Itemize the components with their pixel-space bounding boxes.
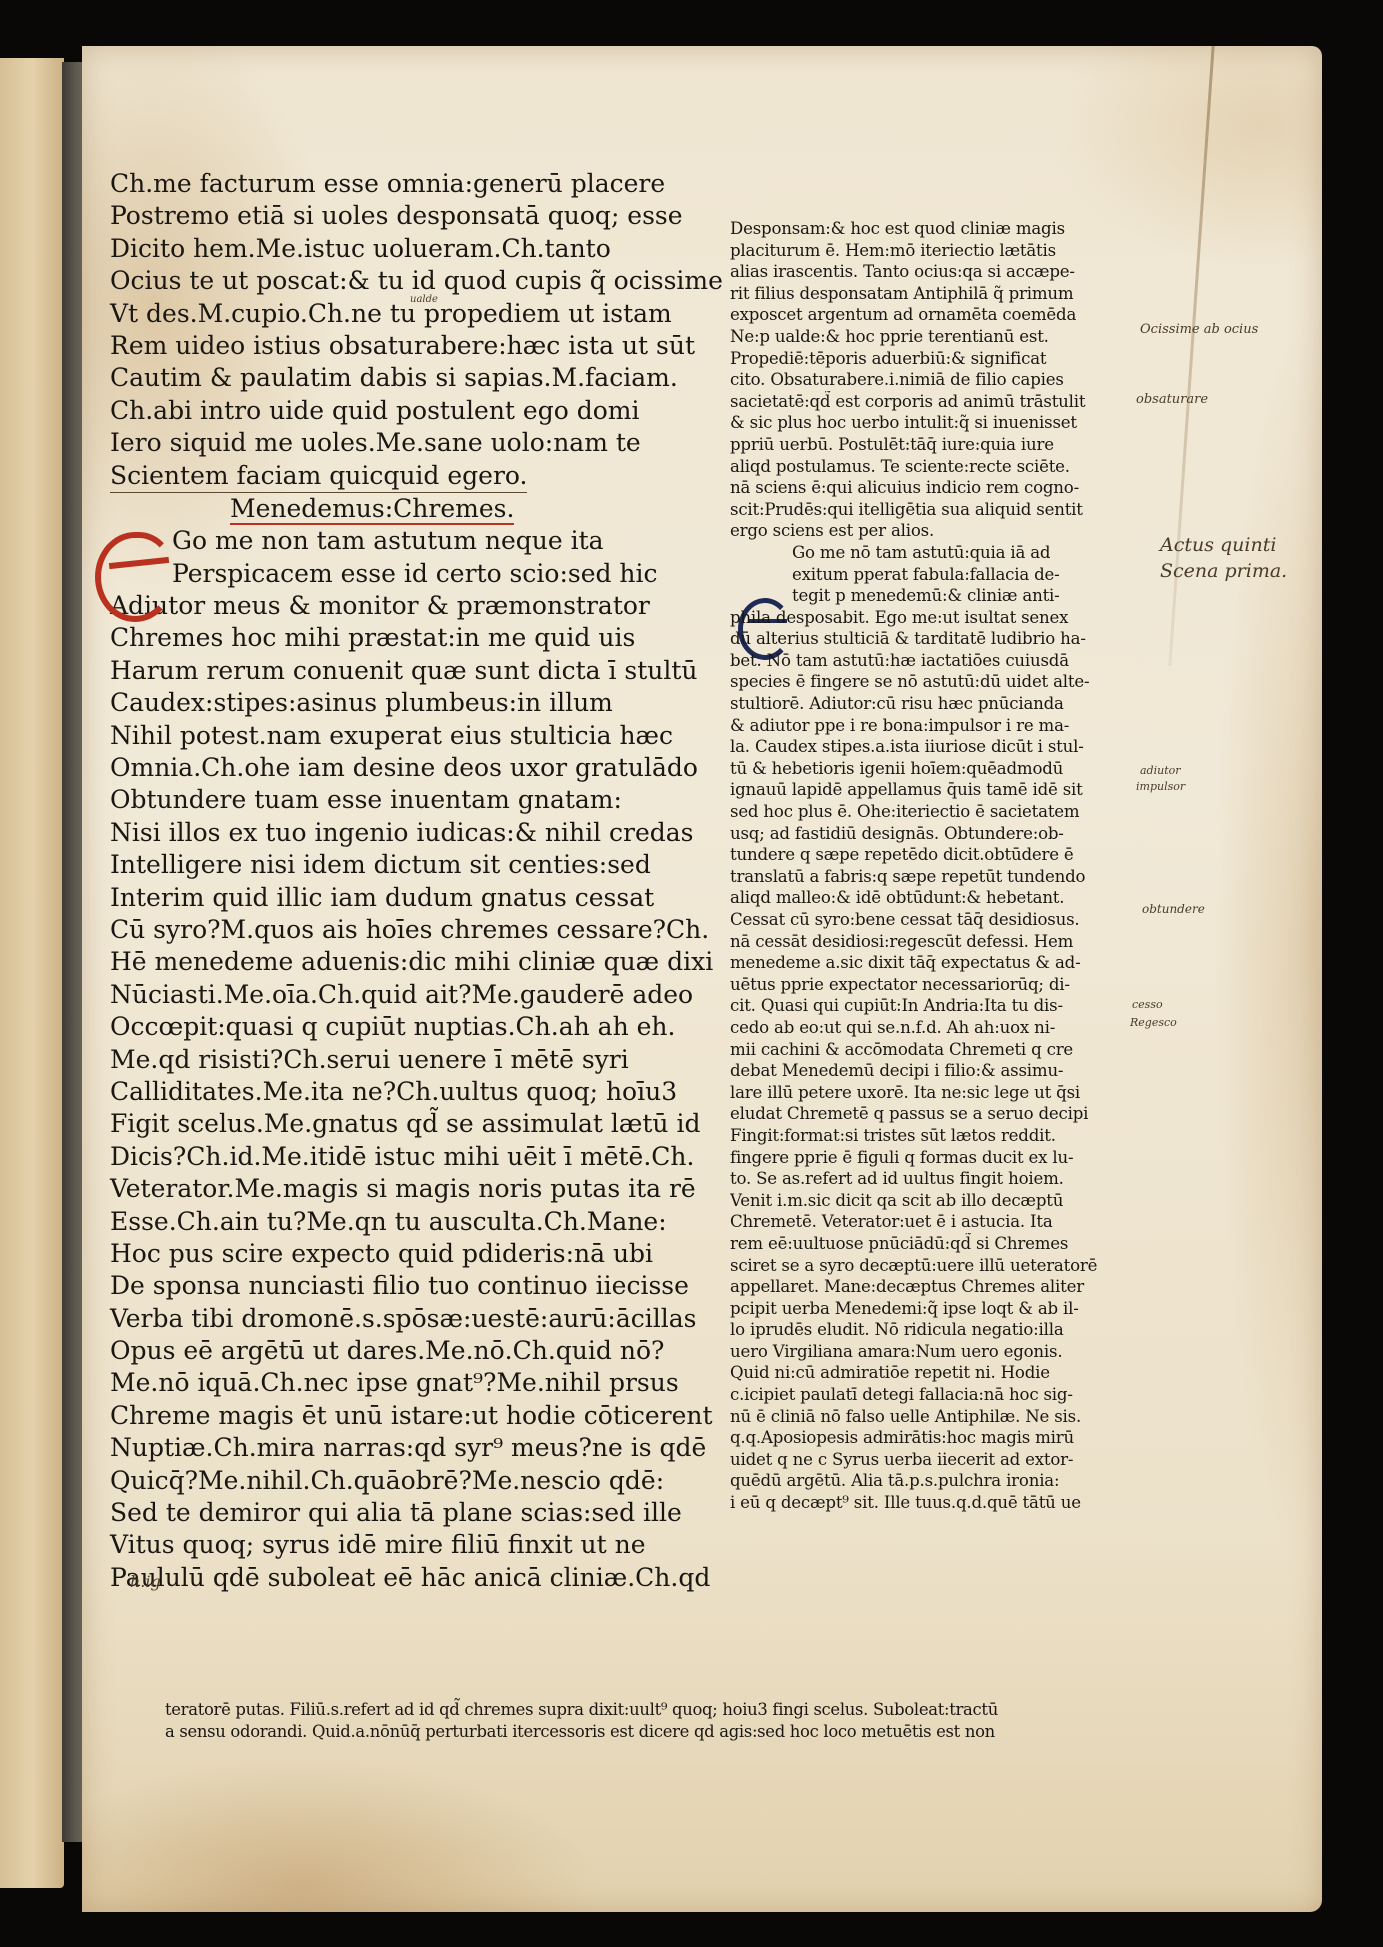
verse-line: Hē menedeme aduenis:dic mihi cliniæ quæ … (110, 946, 670, 978)
verse-line: Me.qd risisti?Ch.serui uenere ī mētē syr… (110, 1044, 670, 1076)
commentary-line: fingere pprie ē figuli q formas ducit ex… (730, 1147, 1125, 1169)
verse-line: Quicq̄?Me.nihil.Ch.quāobrē?Me.nescio qdē… (110, 1465, 670, 1497)
commentary-line: Cessat cū syro:bene cessat tāq̄ desidios… (730, 909, 1125, 931)
verse-line: Hoc pus scire expecto quid pdideris:nā u… (110, 1238, 670, 1270)
commentary-line: mii cachini & accōmodata Chremeti q cre (730, 1039, 1125, 1061)
verse-line: Ch.me facturum esse omnia:generū placere (110, 168, 670, 200)
commentary-line: Fingit:format:si tristes sūt lætos reddi… (730, 1125, 1125, 1147)
commentary-line: cedo ab eo:ut qui se.n.f.d. Ah ah:uox ni… (730, 1017, 1125, 1039)
commentary-line: tundere q sæpe repetēdo dicit.obtūdere ē (730, 844, 1125, 866)
commentary-line: Venit i.m.sic dicit qa scit ab illo decæ… (730, 1190, 1125, 1212)
commentary-line: species ē fingere se nō astutū:dū uidet … (730, 671, 1125, 693)
verse-line: Nūciasti.Me.oīa.Ch.quid ait?Me.gauderē a… (110, 979, 670, 1011)
verse-line: Esse.Ch.ain tu?Me.qn tu ausculta.Ch.Mane… (110, 1206, 670, 1238)
commentary-line: menedeme a.sic dixit tāq̄ expectatus & a… (730, 952, 1125, 974)
verse-line: Nisi illos ex tuo ingenio iudicas:& nihi… (110, 817, 670, 849)
commentary-line: uero Virgiliana amara:Num uero egonis. (730, 1341, 1125, 1363)
commentary-line: uidet q ne c Syrus uerba iiecerit ad ext… (730, 1449, 1125, 1471)
commentary-line: i eū q decæpt⁹ sit. Ille tuus.q.d.quē tā… (730, 1492, 1125, 1514)
commentary-line: quēdū argētū. Alia tā.p.s.pulchra ironia… (730, 1470, 1125, 1492)
commentary-line: dū alterius stulticiā & tarditatē ludibr… (730, 628, 1125, 650)
verse-line: Cū syro?M.quos ais hoīes chremes cessare… (110, 914, 670, 946)
verse-line: Intelligere nisi idem dictum sit centies… (110, 849, 670, 881)
verse-line: Opus eē argētū ut dares.Me.nō.Ch.quid nō… (110, 1335, 670, 1367)
commentary-line: nā cessāt desidiosi:regescūt defessi. He… (730, 931, 1125, 953)
commentary-line: aliqd malleo:& idē obtūdunt:& hebetant. (730, 887, 1125, 909)
commentary-column: Desponsam:& hoc est quod cliniæ magis pl… (730, 218, 1125, 1514)
commentary-line: alias irascentis. Tanto ocius:qa si accæ… (730, 261, 1125, 283)
verse-line: Nihil potest.nam exuperat eius stulticia… (110, 720, 670, 752)
marginal-note: obsaturare (1136, 392, 1208, 407)
verse-line: Calliditates.Me.ita ne?Ch.uultus quoq; h… (110, 1076, 670, 1108)
verse-line: Obtundere tuam esse inuentam gnatam: (110, 784, 670, 816)
commentary-line: usq; ad fastidiū designās. Obtundere:ob- (730, 823, 1125, 845)
commentary-line: ergo sciens est per alios. (730, 520, 1125, 542)
verse-line: Dicito hem.Me.istuc uolueram.Ch.tanto (110, 233, 670, 265)
verse-line: Chremes hoc mihi præstat:in me quid uis (110, 622, 670, 654)
verse-line: Interim quid illic iam dudum gnatus cess… (110, 882, 670, 914)
commentary-line: nū ē cliniā nō falso uelle Antiphilæ. Ne… (730, 1406, 1125, 1428)
verse-column: Ch.me facturum esse omnia:generū placere… (110, 168, 670, 1594)
commentary-line: ppriū uerbū. Postulēt:tāq̄ iure:quia iur… (730, 434, 1125, 456)
commentary-line: lo iprudēs eludit. Nō ridicula negatio:i… (730, 1319, 1125, 1341)
verse-line: Vt des.M.cupio.Ch.ne tu propediem ut ist… (110, 298, 670, 330)
commentary-line: appellaret. Mane:decæptus Chremes aliter (730, 1276, 1125, 1298)
commentary-line: pcipit uerba Menedemi:q̃ ipse loqt & ab … (730, 1298, 1125, 1320)
verse-line: Caudex:stipes:asinus plumbeus:in illum (110, 687, 670, 719)
marginal-note: adiutor (1140, 764, 1181, 777)
commentary-line: & sic plus hoc uerbo intulit:q̃ si inuen… (730, 412, 1125, 434)
verse-line: Vitus quoq; syrus idē mire filiū finxit … (110, 1529, 670, 1561)
commentary-line: exposcet argentum ad ornamēta coemēda (730, 304, 1125, 326)
commentary-line: la. Caudex stipes.a.ista iiuriose dicūt … (730, 736, 1125, 758)
marginal-note: Scena prima. (1160, 560, 1287, 582)
previous-leaf-edge (0, 58, 64, 1888)
commentary-line: & adiutor ppe i re bona:impulsor i re ma… (730, 715, 1125, 737)
verse-line: Rem uideo istius obsaturabere:hæc ista u… (110, 330, 670, 362)
commentary-line: Desponsam:& hoc est quod cliniæ magis (730, 218, 1125, 240)
verse-line: Scientem faciam quicquid egero. (110, 460, 527, 493)
commentary-line: Go me nō tam astutū:quia iā ad (730, 542, 1125, 564)
commentary-line: rem eē:uultuose pnūciādū:qd̃ si Chremes (730, 1233, 1125, 1255)
commentary-line: tegit p menedemū:& cliniæ anti- (730, 585, 1125, 607)
commentary-line: cito. Obsaturabere.i.nimiā de filio capi… (730, 369, 1125, 391)
interlinear-gloss: ualde (410, 294, 438, 305)
commentary-line: Ne:p ualde:& hoc pprie terentianū est. (730, 326, 1125, 348)
commentary-line: cit. Quasi qui cupiūt:In Andria:Ita tu d… (730, 995, 1125, 1017)
verse-line: Postremo etiā si uoles desponsatā quoq; … (110, 200, 670, 232)
commentary-line: eludat Chremetē q passus se a seruo deci… (730, 1103, 1125, 1125)
commentary-line: bet. Nō tam astutū:hæ iactatiōes cuiusdā (730, 650, 1125, 672)
commentary-line: Quid ni:cū admiratiōe repetit ni. Hodie (730, 1362, 1125, 1384)
commentary-line: placiturum ē. Hem:mō iteriectio lætātis (730, 240, 1125, 262)
verse-line: Ocius te ut poscat:& tu id quod cupis q̃… (110, 265, 670, 297)
commentary-line: scit:Prudēs:qui itelligētia sua aliquid … (730, 499, 1125, 521)
verse-line: De sponsa nunciasti filio tuo continuo i… (110, 1270, 670, 1302)
marginal-note: Actus quinti (1160, 534, 1276, 556)
commentary-line: lare illū petere uxorē. Ita ne:sic lege … (730, 1082, 1125, 1104)
marginal-note: Ocissime ab ocius (1140, 322, 1258, 337)
verse-line: Iero siquid me uoles.Me.sane uolo:nam te (110, 427, 670, 459)
marginal-note: obtundere (1142, 902, 1205, 916)
verse-line: Occœpit:quasi q cupiūt nuptias.Ch.ah ah … (110, 1011, 670, 1043)
red-initial-E (95, 532, 175, 622)
verse-line: Perspicacem esse id certo scio:sed hic (110, 558, 670, 590)
commentary-line: translatū a fabris:q sæpe repetūt tunden… (730, 866, 1125, 888)
footer-line: a sensu odorandi. Quid.a.nōnūq̄ perturba… (165, 1721, 1105, 1743)
commentary-line: Propediē:tēporis aduerbiū:& significat (730, 348, 1125, 370)
marginal-note: cesso (1132, 998, 1163, 1011)
commentary-line: sacietatē:qd̃ est corporis ad animū trās… (730, 391, 1125, 413)
scene-heading: Menedemus:Chremes. (110, 493, 670, 525)
commentary-line: ignauū lapidē appellamus q̄uis tamē idē … (730, 779, 1125, 801)
commentary-line: exitum pperat fabula:fallacia de- (730, 564, 1125, 586)
commentary-line: to. Se as.refert ad id uultus fingit hoi… (730, 1168, 1125, 1190)
verse-line: Adiutor meus & monitor & præmonstrator (110, 590, 670, 622)
commentary-line: tū & hebetioris igenii hoīem:quēadmodū (730, 758, 1125, 780)
commentary-line: c.icipiet paulatī detegi fallacia:nā hoc… (730, 1384, 1125, 1406)
verse-line: Chreme magis ēt unū istare:ut hodie cōti… (110, 1400, 670, 1432)
verse-line: Sed te demiror qui alia tā plane scias:s… (110, 1497, 670, 1529)
verse-line: Figit scelus.Me.gnatus qd̃ se assimulat … (110, 1108, 670, 1140)
verse-line: Paululū qdē suboleat eē hāc anicā cliniæ… (110, 1562, 670, 1594)
footer-commentary: teratorē putas. Filiū.s.refert ad id qd̃… (165, 1699, 1105, 1742)
verse-line: Omnia.Ch.ohe iam desine deos uxor gratul… (110, 752, 670, 784)
verse-line: Nuptiæ.Ch.mira narras:qd syr⁹ meus?ne is… (110, 1432, 670, 1464)
commentary-line: debat Menedemū decipi i filio:& assimu- (730, 1060, 1125, 1082)
commentary-line: Chremetē. Veterator:uet ē i astucia. Ita (730, 1211, 1125, 1233)
verse-line: Ch.abi intro uide quid postulent ego dom… (110, 395, 670, 427)
verse-line: Dicis?Ch.id.Me.itidē istuc mihi uēit ī m… (110, 1141, 670, 1173)
verse-line: Cautim & paulatim dabis si sapias.M.faci… (110, 362, 670, 394)
commentary-line: q.q.Aposiopesis admirātis:hoc magis mirū (730, 1427, 1125, 1449)
verse-line: Me.nō iquā.Ch.nec ipse gnat⁹?Me.nihil pr… (110, 1367, 670, 1399)
marginal-note: Regesco (1130, 1016, 1177, 1029)
verse-line: Verba tibi dromonē.s.spōsæ:uestē:aurū:āc… (110, 1303, 670, 1335)
commentary-line: phila desposabit. Ego me:ut isultat sene… (730, 607, 1125, 629)
commentary-line: sed hoc plus ē. Ohe:iteriectio ē sacieta… (730, 801, 1125, 823)
footer-line: teratorē putas. Filiū.s.refert ad id qd̃… (165, 1699, 1105, 1721)
verse-line: Harum rerum conuenit quæ sunt dicta ī st… (110, 655, 670, 687)
commentary-line: uētus pprie expectator necessariorūq; di… (730, 974, 1125, 996)
marginal-note: impulsor (1136, 780, 1185, 793)
scene-heading-text: Menedemus:Chremes. (230, 494, 514, 525)
marginal-note: h.ig (130, 1572, 161, 1591)
commentary-line: aliqd postulamus. Te sciente:recte sciēt… (730, 456, 1125, 478)
commentary-line: nā sciens ē:qui alicuius indicio rem cog… (730, 477, 1125, 499)
commentary-line: sciret se a syro decæptū:uere illū ueter… (730, 1255, 1125, 1277)
commentary-line: stultiorē. Adiutor:cū risu hæc pnūcianda (730, 693, 1125, 715)
commentary-line: rit filius desponsatam Antiphilā q̃ prim… (730, 283, 1125, 305)
verse-line: Veterator.Me.magis si magis noris putas … (110, 1173, 670, 1205)
verse-line: Go me non tam astutum neque ita (110, 525, 670, 557)
